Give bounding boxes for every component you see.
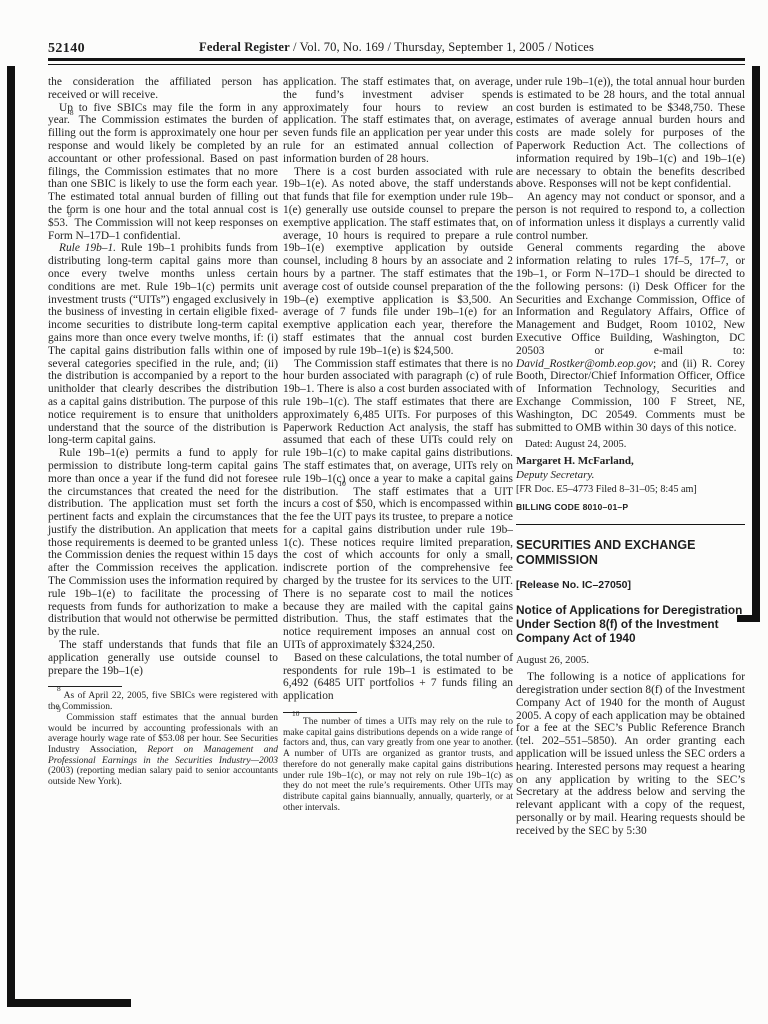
footnotes-column-2: 10 The number of times a UITs may rely o… bbox=[283, 712, 513, 813]
issue-info: / Vol. 70, No. 169 / Thursday, September… bbox=[290, 40, 594, 54]
release-number: [Release No. IC–27050] bbox=[516, 579, 745, 592]
footnote-number: 10 bbox=[292, 709, 299, 718]
paragraph: Rule 19b–1. Rule 19b–1 prohibits funds f… bbox=[48, 242, 278, 447]
footnote-text: (2003) (reporting median salary paid to … bbox=[48, 766, 278, 787]
paragraph: An agency may not conduct or sponsor, an… bbox=[516, 191, 745, 242]
agency-heading: SECURITIES AND EXCHANGE COMMISSION bbox=[516, 538, 745, 567]
paragraph: There is a cost burden associated with r… bbox=[283, 166, 513, 358]
footnote-ref-10: 10 bbox=[338, 479, 345, 488]
rule-lead-italic: Rule 19b–1. bbox=[59, 242, 116, 254]
footnote-ref-9: 9 bbox=[68, 210, 72, 219]
scan-artifact-right-bar bbox=[752, 66, 760, 622]
paragraph: application. The staff estimates that, o… bbox=[283, 76, 513, 166]
column-middle: application. The staff estimates that, o… bbox=[283, 76, 513, 813]
paragraph: Based on these calculations, the total n… bbox=[283, 652, 513, 703]
text-run: Rule 19b–1 prohibits funds from distribu… bbox=[48, 242, 278, 446]
signature-title: Deputy Secretary. bbox=[516, 469, 745, 482]
dated-line: Dated: August 24, 2005. bbox=[516, 439, 745, 452]
billing-code: BILLING CODE 8010–01–P bbox=[516, 501, 745, 514]
section-divider-rule bbox=[516, 524, 745, 525]
text-run: The staff estimates that a UIT incurs a … bbox=[283, 486, 513, 652]
text-run: The Commission estimates the burden of f… bbox=[48, 114, 278, 228]
paragraph: the consideration the affiliated person … bbox=[48, 76, 278, 102]
email-address-text: David_Rostker@omb.eop.gov bbox=[516, 358, 653, 370]
footnote-ref-8: 8 bbox=[70, 108, 74, 117]
paragraph: Up to five SBICs may file the form in an… bbox=[48, 102, 278, 243]
footnote-9: 9 Commission staff estimates that the an… bbox=[48, 713, 278, 788]
notice-date: August 26, 2005. bbox=[516, 655, 745, 668]
footnote-number: 9 bbox=[57, 705, 61, 714]
footnote-number: 8 bbox=[57, 684, 61, 693]
paragraph: General comments regarding the above inf… bbox=[516, 242, 745, 434]
paragraph: under rule 19b–1(e)), the total annual h… bbox=[516, 76, 745, 191]
footnote-10: 10 The number of times a UITs may rely o… bbox=[283, 717, 513, 813]
page-number: 52140 bbox=[48, 41, 85, 57]
paragraph: Rule 19b–1(e) permits a fund to apply fo… bbox=[48, 447, 278, 639]
footnote-8: 8 As of April 22, 2005, five SBICs were … bbox=[48, 691, 278, 712]
page-header: 52140 Federal Register / Vol. 70, No. 16… bbox=[48, 40, 745, 58]
scan-artifact-bottom-bar bbox=[7, 999, 131, 1007]
header-rule bbox=[48, 58, 745, 65]
footnote-text: As of April 22, 2005, five SBICs were re… bbox=[48, 691, 278, 712]
journal-name: Federal Register bbox=[199, 40, 290, 54]
paragraph: The following is a notice of application… bbox=[516, 671, 745, 837]
column-left: the consideration the affiliated person … bbox=[48, 76, 278, 788]
column-right: under rule 19b–1(e)), the total annual h… bbox=[516, 76, 745, 838]
notice-title: Notice of Applications for Deregistratio… bbox=[516, 604, 745, 645]
header-title: Federal Register / Vol. 70, No. 169 / Th… bbox=[48, 40, 745, 55]
text-run: General comments regarding the above inf… bbox=[516, 242, 745, 356]
signature-name: Margaret H. McFarland, bbox=[516, 455, 745, 468]
footnote-text: The number of times a UITs may rely on t… bbox=[283, 717, 513, 813]
paragraph: The staff understands that funds that fi… bbox=[48, 639, 278, 677]
text-run: The Commission staff estimates that ther… bbox=[283, 358, 513, 498]
federal-register-page: 52140 Federal Register / Vol. 70, No. 16… bbox=[0, 0, 768, 1024]
fr-doc-line: [FR Doc. E5–4773 Filed 8–31–05; 8:45 am] bbox=[516, 484, 745, 497]
text-run: The Commission will not keep responses o… bbox=[48, 217, 278, 242]
paragraph: The Commission staff estimates that ther… bbox=[283, 358, 513, 652]
scan-artifact-left-bar bbox=[7, 66, 15, 1007]
footnotes-column-1: 8 As of April 22, 2005, five SBICs were … bbox=[48, 686, 278, 787]
